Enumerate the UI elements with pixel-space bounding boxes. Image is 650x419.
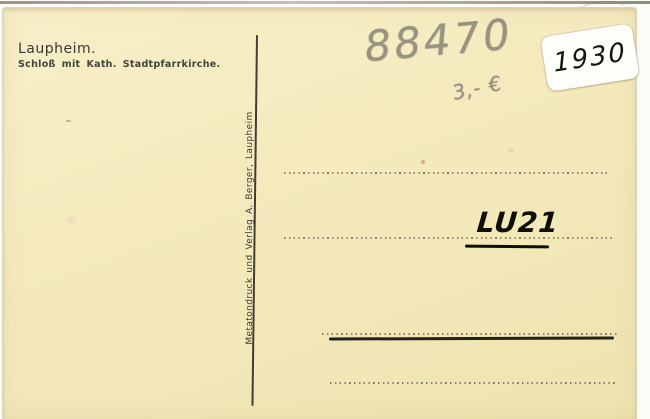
paper-speck bbox=[508, 148, 514, 153]
caption-title: Laupheim. bbox=[18, 41, 96, 57]
scan-edge-top bbox=[0, 1, 650, 4]
paper-speck bbox=[421, 160, 425, 164]
address-line-2 bbox=[284, 237, 614, 239]
paper-speck bbox=[66, 120, 71, 122]
dealer-code: LU21 bbox=[476, 206, 561, 239]
caption-subtitle: Schloß mit Kath. Stadtpfarrkirche. bbox=[18, 59, 220, 70]
paper-speck bbox=[66, 216, 76, 223]
address-line-4 bbox=[330, 382, 616, 384]
address-line-1 bbox=[284, 172, 610, 174]
sticker-year: 1930 bbox=[552, 37, 628, 79]
publisher-imprint: Metatondruck und Verlag A. Berger, Lauph… bbox=[245, 111, 255, 344]
address-line-3 bbox=[322, 333, 618, 335]
